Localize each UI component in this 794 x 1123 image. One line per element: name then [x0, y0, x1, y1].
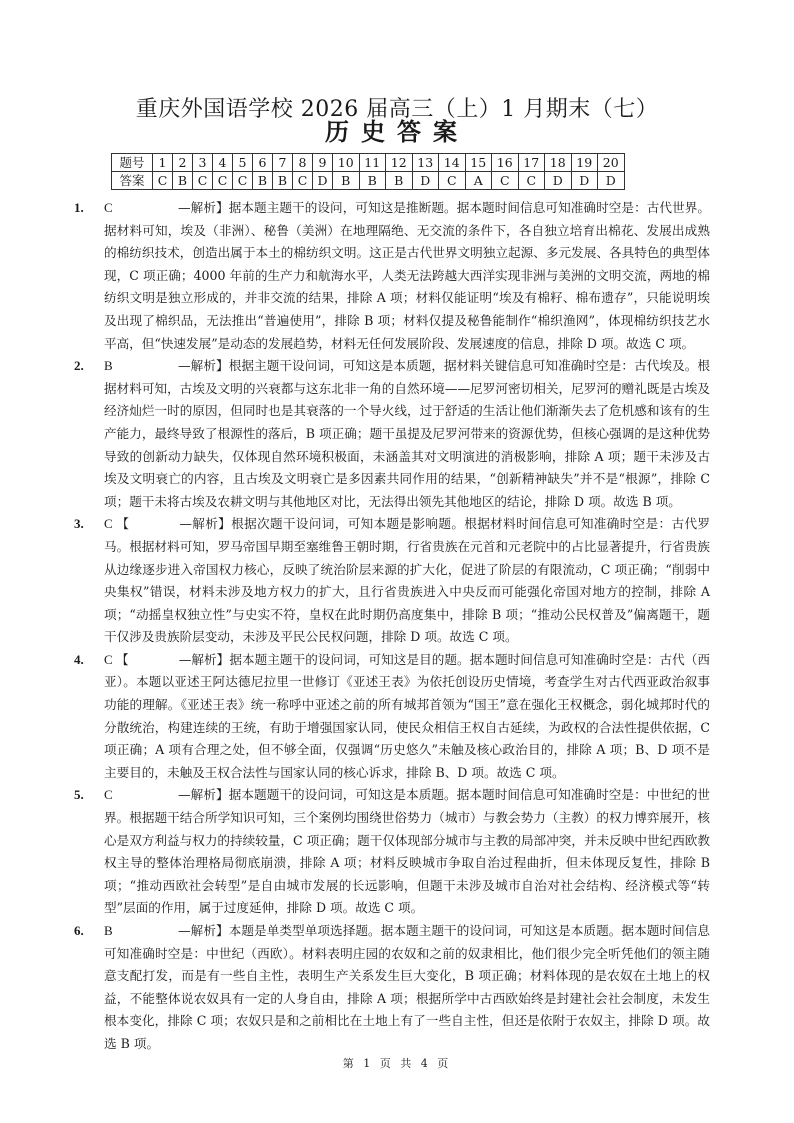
item-number: 6.: [74, 920, 84, 943]
answer-table: 题号 1234567891011121314151617181920 答案 CB…: [111, 153, 625, 190]
item-answer: C: [104, 513, 116, 536]
item-bracket: 【: [116, 652, 129, 667]
answer-cell: C: [233, 172, 253, 190]
item-label: —解析】: [179, 652, 230, 667]
question-number-cell: 8: [293, 154, 313, 172]
explanation-item: 1.C—解析】据本题主题干的设问，可知这是推断题。据本题时间信息可知准确时空是：…: [74, 197, 710, 355]
question-number-cell: 7: [273, 154, 293, 172]
explanation-item: 2.B—解析】根据主题干设问词，可知这是本质题，据材料关键信息可知准确时空是：古…: [74, 355, 710, 513]
explanation-item: 6.B—解析】本题是单类型单项选择题。据本题主题干的设问词，可知这是本质题。据本…: [74, 920, 710, 1056]
answer-cell: D: [412, 172, 439, 190]
question-number-cell: 10: [333, 154, 360, 172]
question-number-cell: 18: [545, 154, 572, 172]
answer-cell: C: [213, 172, 233, 190]
item-number: 2.: [74, 355, 84, 378]
item-number: 1.: [74, 197, 84, 220]
question-number-cell: 4: [213, 154, 233, 172]
question-number-cell: 6: [253, 154, 273, 172]
answer-cell: C: [193, 172, 213, 190]
row-header-number: 题号: [112, 154, 153, 172]
explanation-list: 1.C—解析】据本题主题干的设问，可知这是推断题。据本题时间信息可知准确时空是：…: [74, 197, 710, 1056]
item-text: 根据次题干设问词，可知本题是影响题。根据材料时间信息可知准确时空是：古代罗马。根…: [104, 516, 710, 644]
page-footer: 第 1 页 共 4 页: [0, 1055, 794, 1071]
question-number-cell: 20: [598, 154, 625, 172]
item-label: —解析】: [178, 787, 229, 802]
question-number-cell: 13: [412, 154, 439, 172]
answer-cell: C: [518, 172, 545, 190]
question-number-cell: 1: [153, 154, 173, 172]
item-bracket: 【: [116, 516, 129, 531]
answer-cell: D: [571, 172, 598, 190]
item-answer: B: [104, 920, 116, 943]
item-answer: C: [104, 197, 116, 220]
question-number-cell: 9: [313, 154, 333, 172]
item-answer: C: [104, 784, 116, 807]
answer-table-answer-row: 答案 CBCCCBBCDBBBDCACCDDD: [112, 172, 625, 190]
item-label: —解析】: [178, 923, 229, 938]
explanation-item: 4.C【—解析】据本题主题干的设问词，可知这是目的题。据本题时间信息可知准确时空…: [74, 649, 710, 785]
answer-table-number-row: 题号 1234567891011121314151617181920: [112, 154, 625, 172]
question-number-cell: 3: [193, 154, 213, 172]
item-label: —解析】: [179, 516, 231, 531]
answer-cell: B: [173, 172, 193, 190]
answer-cell: C: [439, 172, 466, 190]
answer-cell: D: [598, 172, 625, 190]
item-text: 据本题主题干的设问，可知这是推断题。据本题时间信息可知准确时空是：古代世界。据材…: [104, 200, 710, 351]
question-number-cell: 12: [386, 154, 413, 172]
answer-cell: B: [253, 172, 273, 190]
explanation-item: 3.C【—解析】根据次题干设问词，可知本题是影响题。根据材料时间信息可知准确时空…: [74, 513, 710, 649]
item-label: —解析】: [178, 200, 229, 215]
item-number: 5.: [74, 784, 84, 807]
question-number-cell: 19: [571, 154, 598, 172]
item-label: —解析】: [178, 358, 229, 373]
answer-cell: C: [293, 172, 313, 190]
item-text: 据本题主题干的设问词，可知这是目的题。据本题时间信息可知准确时空是：古代（西亚）…: [104, 652, 710, 780]
item-number: 4.: [74, 649, 84, 672]
question-number-cell: 5: [233, 154, 253, 172]
question-number-cell: 2: [173, 154, 193, 172]
item-answer: C: [104, 649, 116, 672]
document-subtitle: 历史答案: [0, 117, 794, 147]
row-header-answer: 答案: [112, 172, 153, 190]
explanation-item: 5.C—解析】据本题题干的设问词，可知这是本质题。据本题时间信息可知准确时空是：…: [74, 784, 710, 920]
item-text: 根据主题干设问词，可知这是本质题，据材料关键信息可知准确时空是：古代埃及。根据材…: [104, 358, 710, 509]
question-number-cell: 14: [439, 154, 466, 172]
answer-cell: B: [359, 172, 386, 190]
answer-cell: B: [273, 172, 293, 190]
question-number-cell: 17: [518, 154, 545, 172]
answer-cell: C: [153, 172, 173, 190]
answer-cell: B: [333, 172, 360, 190]
question-number-cell: 16: [492, 154, 519, 172]
item-text: 本题是单类型单项选择题。据本题主题干的设问词，可知这是本质题。据本题时间信息可知…: [104, 923, 710, 1051]
item-answer: B: [104, 355, 116, 378]
question-number-cell: 11: [359, 154, 386, 172]
answer-cell: A: [465, 172, 492, 190]
answer-cell: D: [545, 172, 572, 190]
item-number: 3.: [74, 513, 84, 536]
answer-cell: C: [492, 172, 519, 190]
question-number-cell: 15: [465, 154, 492, 172]
item-text: 据本题题干的设问词，可知这是本质题。据本题时间信息可知准确时空是：中世纪的世界。…: [104, 787, 710, 915]
answer-cell: B: [386, 172, 413, 190]
answer-cell: D: [313, 172, 333, 190]
